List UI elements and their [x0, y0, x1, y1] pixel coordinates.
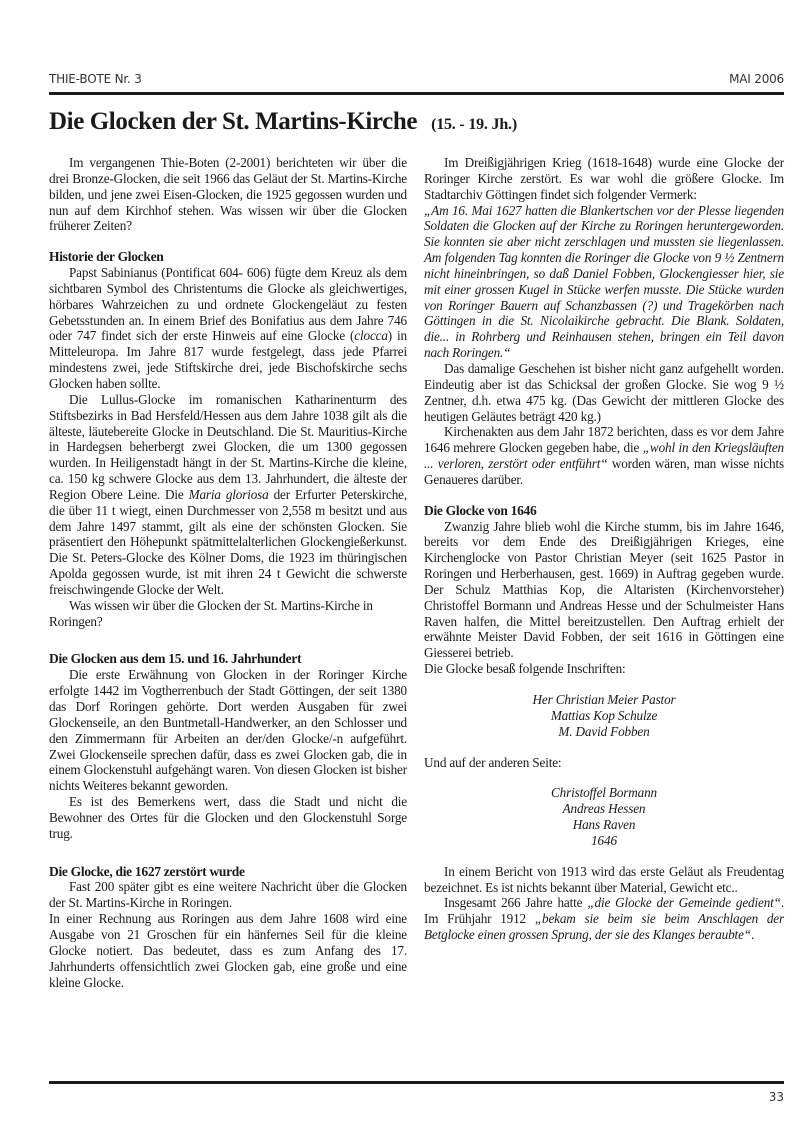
inscription-back: Christoffel Bormann Andreas Hessen Hans …	[424, 785, 784, 848]
paragraph: Zwanzig Jahre blieb wohl die Kirche stum…	[424, 519, 784, 662]
paragraph: Im Dreißigjährigen Krieg (1618-1648) wur…	[424, 155, 784, 203]
footer-rule	[49, 1081, 784, 1084]
article-subtitle: (15. - 19. Jh.)	[431, 116, 517, 133]
paragraph: In einem Bericht von 1913 wird das erste…	[424, 864, 784, 896]
paragraph: Was wissen wir über die Glocken der St. …	[49, 598, 407, 630]
section-heading-historie: Historie der Glocken	[49, 249, 407, 265]
article-title: Die Glocken der St. Martins-Kirche(15. -…	[49, 108, 517, 136]
section-heading-1646: Die Glocke von 1646	[424, 503, 784, 519]
paragraph: Papst Sabinianus (Pontificat 604- 606) f…	[49, 265, 407, 392]
paragraph: Kirchenakten aus dem Jahr 1872 berichten…	[424, 424, 784, 487]
section-heading-1627: Die Glocke, die 1627 zerstört wurde	[49, 864, 407, 880]
right-column: Im Dreißigjährigen Krieg (1618-1648) wur…	[424, 155, 784, 943]
article-title-text: Die Glocken der St. Martins-Kirche	[49, 108, 417, 135]
page-number: 33	[769, 1090, 784, 1104]
paragraph: Es ist des Bemerkens wert, dass die Stad…	[49, 794, 407, 842]
inscription-front: Her Christian Meier Pastor Mattias Kop S…	[424, 692, 784, 740]
paragraph: Und auf der anderen Seite:	[424, 755, 784, 771]
left-column: Im vergangenen Thie-Boten (2-2001) beric…	[49, 155, 407, 990]
paragraph: Die Glocke besaß folgende Inschriften:	[424, 661, 784, 677]
paragraph: Das damalige Geschehen ist bisher nicht …	[424, 361, 784, 424]
paragraph: Die Lullus-Glocke im romanischen Kathari…	[49, 392, 407, 598]
intro-paragraph: Im vergangenen Thie-Boten (2-2001) beric…	[49, 155, 407, 234]
header-rule	[49, 92, 784, 95]
section-heading-15-16-jh: Die Glocken aus dem 15. und 16. Jahrhund…	[49, 651, 407, 667]
running-header: THIE-BOTE Nr. 3 MAI 2006	[49, 72, 784, 86]
paragraph: Die erste Erwähnung von Glocken in der R…	[49, 667, 407, 794]
archive-quote: „Am 16. Mai 1627 hatten die Blankertsche…	[424, 203, 784, 361]
paragraph: Fast 200 später gibt es eine weitere Nac…	[49, 879, 407, 911]
paragraph: In einer Rechnung aus Roringen aus dem J…	[49, 911, 407, 990]
publication-name: THIE-BOTE Nr. 3	[49, 72, 142, 86]
issue-date: MAI 2006	[729, 72, 784, 86]
paragraph: Insgesamt 266 Jahre hatte „die Glocke de…	[424, 895, 784, 943]
